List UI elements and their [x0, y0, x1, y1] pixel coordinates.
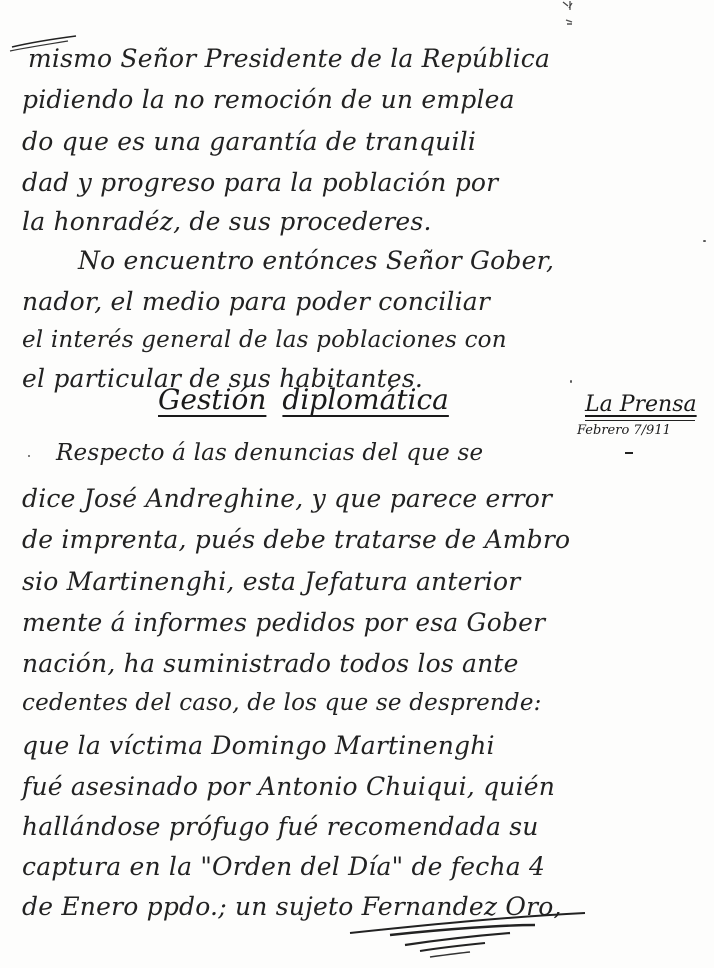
scan-mark: [560, 0, 580, 28]
text-line: hallándose prófugo fué recomendada su: [22, 812, 539, 841]
text-line: dad y progreso para la población por: [22, 168, 498, 197]
margin-note-source: La Prensa: [585, 392, 697, 417]
text-line: cedentes del caso, de los que se despren…: [22, 690, 542, 716]
text-line: pidiendo la no remoción de un emplea: [22, 85, 515, 114]
text-line: mismo Señor Presidente de la República: [28, 44, 550, 73]
closing-flourish: [345, 905, 590, 960]
text-line: do que es una garantía de tranquili: [22, 127, 476, 156]
text-line: Respecto á las denuncias del que se: [56, 440, 483, 466]
manuscript-page: mismo Señor Presidente de la República p…: [0, 0, 714, 968]
text-line: No encuentro entónces Señor Gober,: [78, 246, 554, 275]
section-heading: Gestióndiplomática: [158, 383, 465, 416]
text-line: sio Martinenghi, esta Jefatura anterior: [22, 567, 520, 596]
text-line: que la víctima Domingo Martinenghi: [22, 731, 495, 760]
text-line: mente á informes pedidos por esa Gober: [22, 608, 545, 637]
paper-speck: [703, 240, 706, 242]
text-line: fué asesinado por Antonio Chuiqui, quién: [22, 772, 555, 801]
text-line: nador, el medio para poder conciliar: [22, 287, 490, 316]
text-line: de imprenta, pués debe tratarse de Ambro: [22, 525, 570, 554]
double-underline: [585, 420, 695, 421]
text-line: la honradéz, de sus procederes.: [22, 207, 432, 236]
margin-note-date: Febrero 7/911: [577, 423, 697, 438]
paper-speck: [28, 455, 30, 457]
text-line: captura en la "Orden del Día" de fecha 4: [22, 852, 545, 881]
text-line: el interés general de las poblaciones co…: [22, 327, 507, 353]
text-line: nación, ha suministrado todos los ante: [22, 649, 519, 678]
text-line: dice José Andreghine, y que parece error: [22, 484, 552, 513]
margin-note-dash: [625, 452, 633, 454]
section-heading-word: Gestión: [158, 383, 266, 416]
paper-speck: [570, 380, 572, 383]
margin-note: La Prensa Febrero 7/911: [585, 392, 697, 454]
section-heading-word: diplomática: [282, 383, 448, 416]
